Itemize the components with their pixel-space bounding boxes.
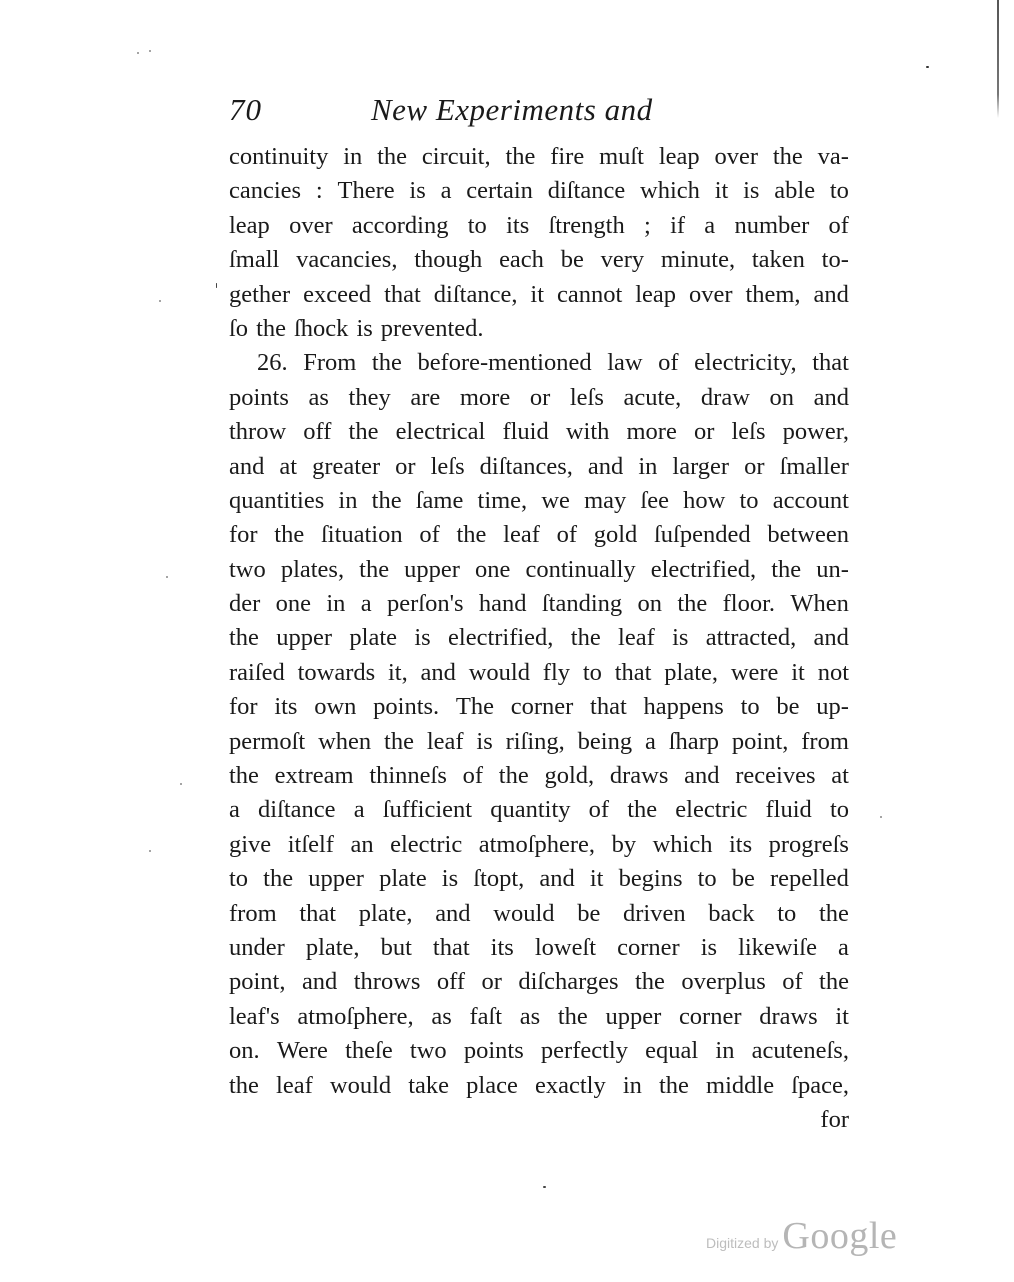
text-line: giveitſelfanelectricatmoſphere,bywhichit… xyxy=(229,828,849,862)
text-line: leapoveraccordingtoitsſtrength;ifanumber… xyxy=(229,209,849,243)
page-header: 70 New Experiments and xyxy=(229,92,849,136)
text-line: ſmallvacancies,thougheachbeveryminute,ta… xyxy=(229,243,849,277)
scan-speck xyxy=(926,66,929,68)
scan-speck xyxy=(149,50,151,52)
text-line: permoſtwhentheleafisriſing,beingaſharppo… xyxy=(229,725,849,759)
text-line: continuityinthecircuit,thefiremuſtleapov… xyxy=(229,140,849,174)
scan-speck xyxy=(159,300,161,302)
text-line: fortheſituationoftheleafofgoldſuſpendedb… xyxy=(229,518,849,552)
text-line: foritsownpoints.Thecornerthathappenstobe… xyxy=(229,690,849,724)
text-line: pointsastheyaremoreorleſsacute,drawonand xyxy=(229,381,849,415)
text-line: throwofftheelectricalfluidwithmoreorleſs… xyxy=(229,415,849,449)
text-line: point,andthrowsoffordiſchargestheoverplu… xyxy=(229,965,849,999)
scan-speck xyxy=(880,816,882,818)
text-line: leaf'satmoſphere,asfaſtastheuppercornerd… xyxy=(229,1000,849,1034)
text-line: adiſtanceaſufficientquantityoftheelectri… xyxy=(229,793,849,827)
text-line: on.Weretheſetwopointsperfectlyequalinacu… xyxy=(229,1034,849,1068)
text-line: theleafwouldtakeplaceexactlyinthemiddleſ… xyxy=(229,1069,849,1103)
text-line: raiſedtowardsit,andwouldflytothatplate,w… xyxy=(229,656,849,690)
digitized-by-google-watermark: Digitized by Google xyxy=(706,1214,897,1258)
scan-speck xyxy=(180,783,182,785)
text-line: twoplates,theupperonecontinuallyelectrif… xyxy=(229,553,849,587)
page-number: 70 xyxy=(229,92,262,128)
scan-speck xyxy=(543,1186,546,1188)
page-edge-line xyxy=(997,0,999,118)
digitized-label: Digitized by xyxy=(706,1235,778,1251)
text-line: cancies:Thereisacertaindiſtancewhichitis… xyxy=(229,174,849,208)
paragraph-start-line: 26.Fromthebefore-mentionedlawofelectrici… xyxy=(229,346,849,380)
scan-speck xyxy=(216,283,217,288)
text-line: totheupperplateisſtopt,anditbeginstobere… xyxy=(229,862,849,896)
text-line: theupperplateiselectrified,theleafisattr… xyxy=(229,621,849,655)
text-line: quantitiesintheſametime,wemayſeehowtoacc… xyxy=(229,484,849,518)
scan-speck xyxy=(166,576,168,578)
running-title: New Experiments and xyxy=(371,92,653,128)
catchword: for xyxy=(229,1103,849,1137)
text-line: getherexceedthatdiſtance,itcannotleapove… xyxy=(229,278,849,312)
text-line: fromthatplate,andwouldbedrivenbacktothe xyxy=(229,897,849,931)
scan-speck xyxy=(137,52,139,54)
google-logo: Google xyxy=(782,1214,897,1258)
text-line: ſotheſhockisprevented. xyxy=(229,312,849,346)
text-line: underplate,butthatitsloweſtcornerislikew… xyxy=(229,931,849,965)
scan-speck xyxy=(149,850,151,852)
text-line: deroneinaperſon'shandſtandingonthefloor.… xyxy=(229,587,849,621)
text-line: theextreamthinneſsofthegold,drawsandrece… xyxy=(229,759,849,793)
body-text: continuityinthecircuit,thefiremuſtleapov… xyxy=(229,140,849,1137)
text-line: andatgreaterorleſsdiſtances,andinlargero… xyxy=(229,450,849,484)
